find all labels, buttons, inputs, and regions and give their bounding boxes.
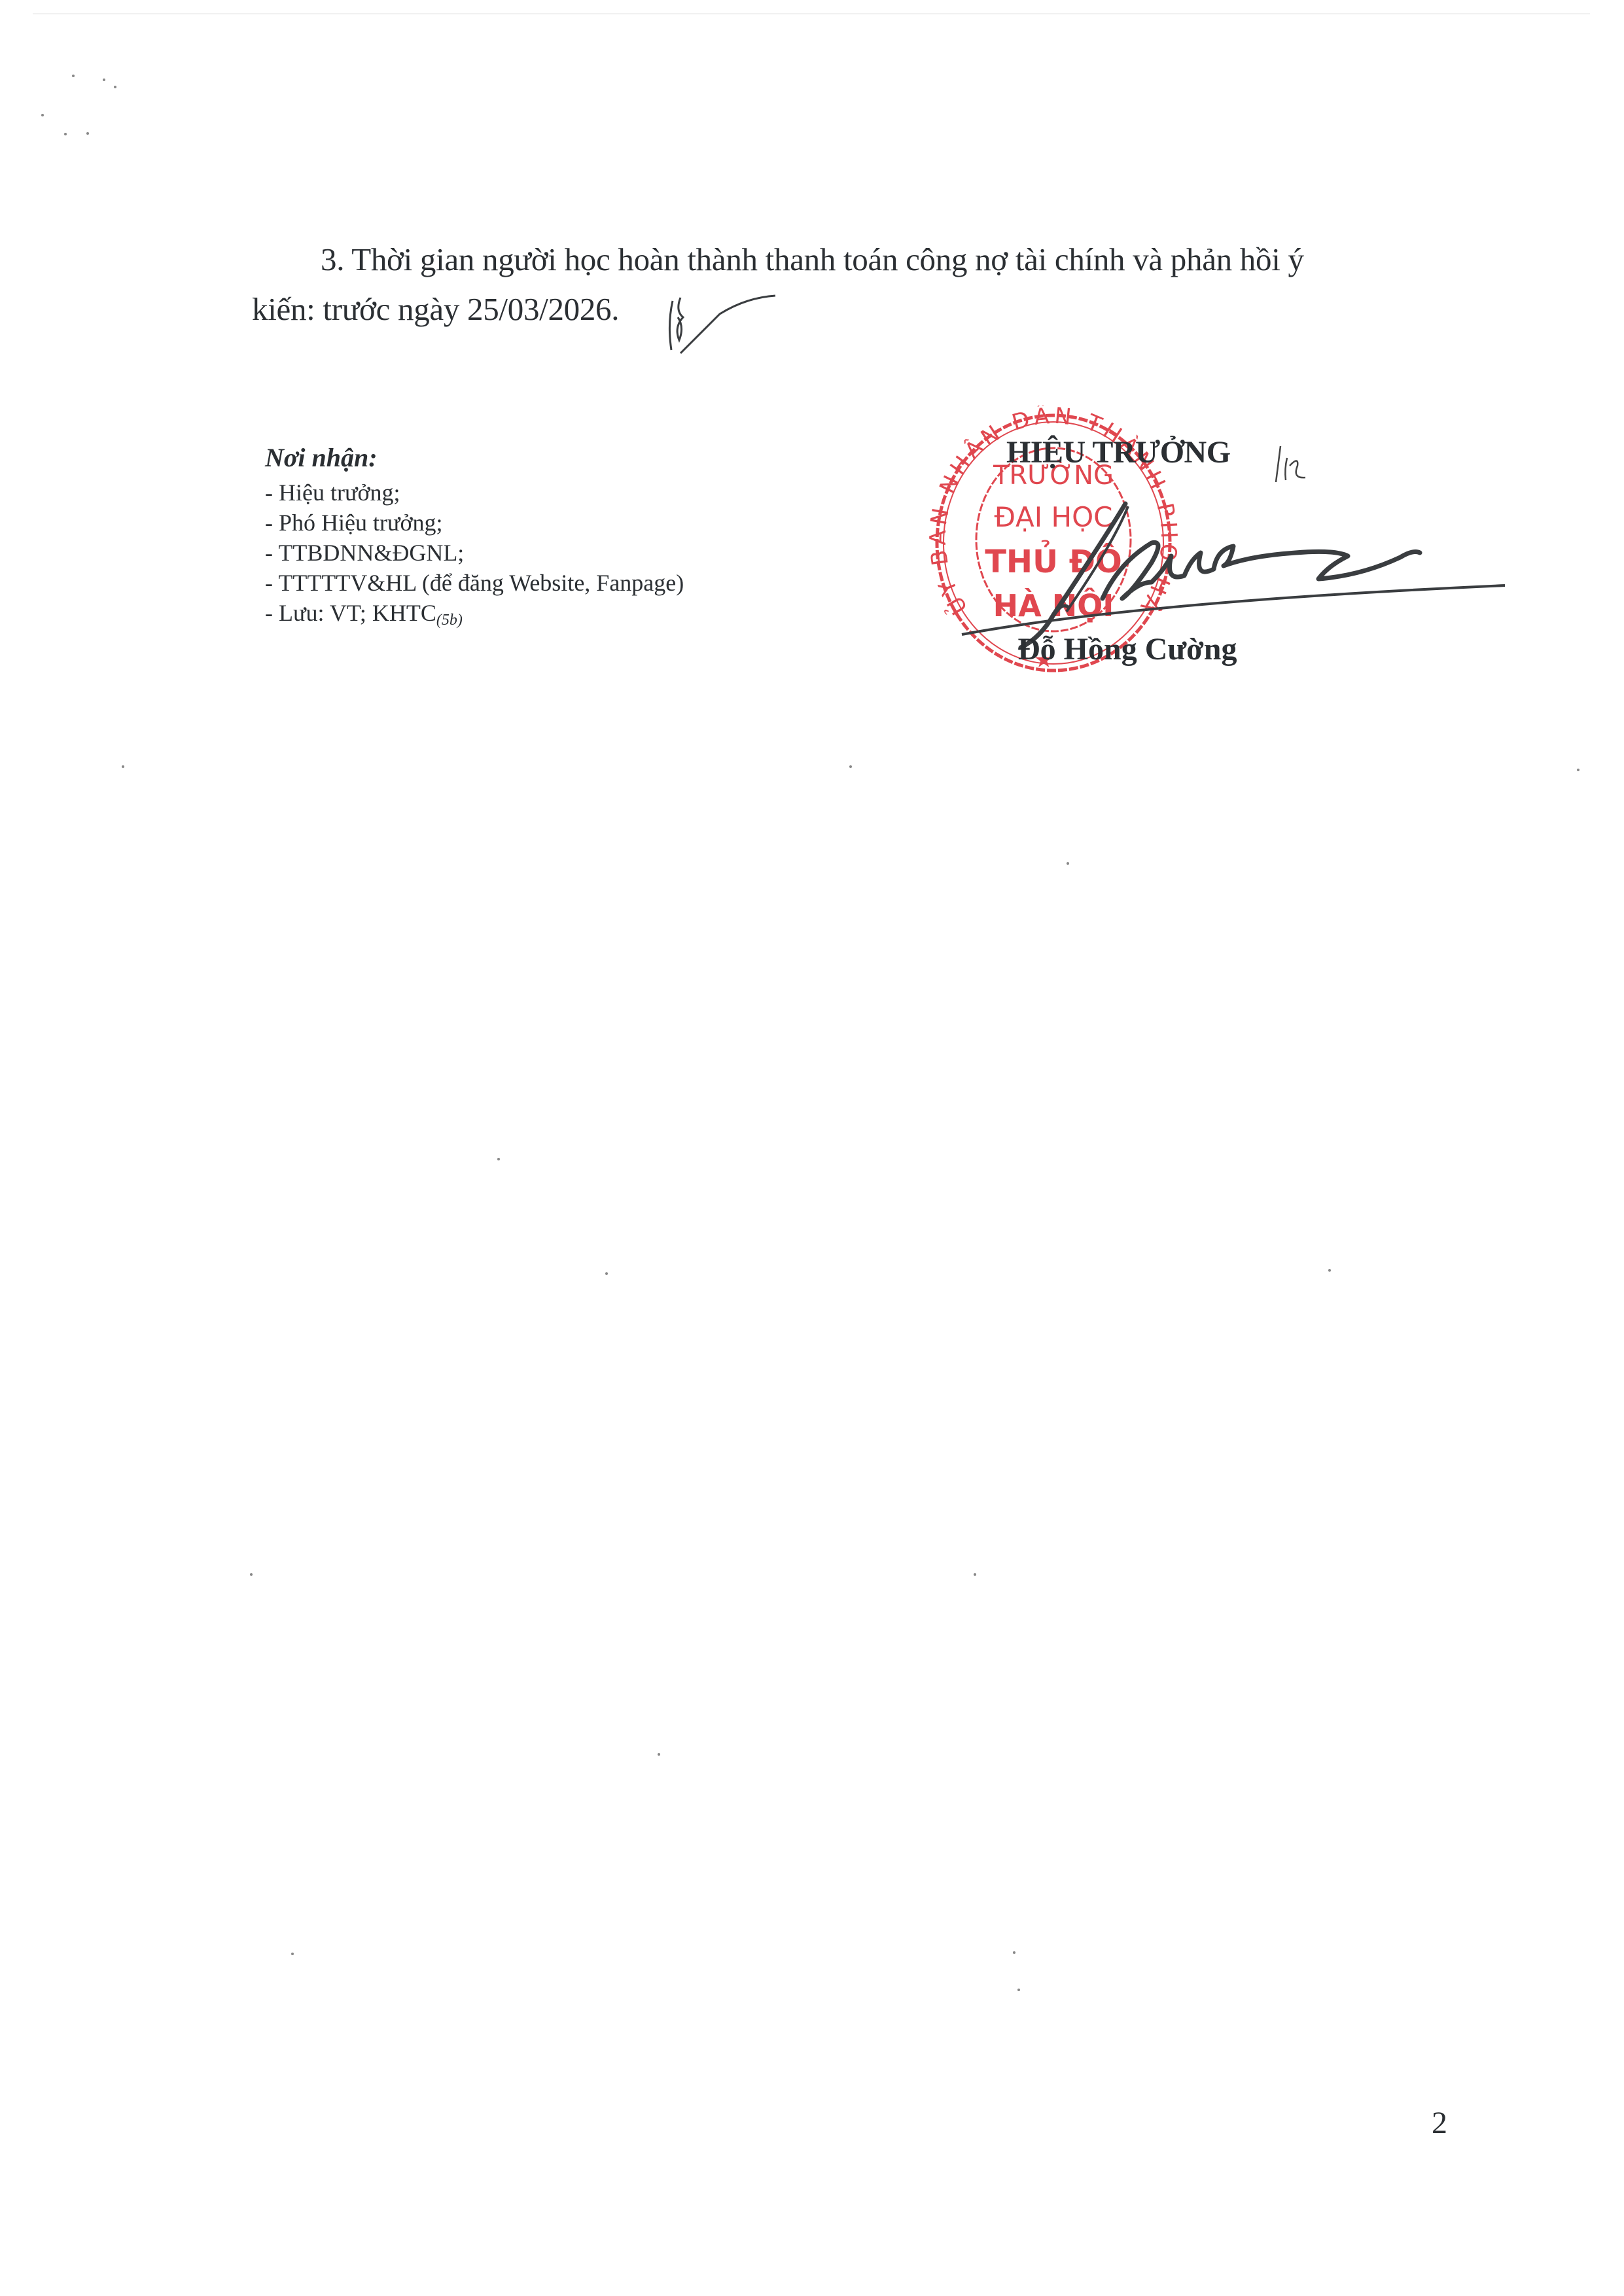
scan-speck — [114, 86, 116, 88]
recipient-copies-count: (5b) — [436, 612, 463, 629]
scan-speck — [103, 78, 105, 81]
scan-speck — [1067, 862, 1069, 865]
signer-name: Đỗ Hồng Cường — [1017, 631, 1237, 667]
recipient-item: - Hiệu trưởng; — [265, 478, 684, 508]
scan-speck — [1328, 1269, 1331, 1272]
recipients-title: Nơi nhận: — [265, 445, 684, 471]
recipient-item: - Phó Hiệu trưởng; — [265, 508, 684, 538]
handwritten-initials-icon — [1273, 440, 1312, 485]
signer-title: HIỆU TRƯỞNG — [1006, 434, 1231, 470]
scan-speck — [1013, 1951, 1015, 1954]
scan-speck — [1017, 1989, 1020, 1991]
recipient-item: - Lưu: VT; KHTC(5b) — [265, 598, 684, 635]
scan-speck — [72, 75, 75, 77]
scan-speck — [974, 1573, 976, 1576]
scan-edge-line — [33, 13, 1590, 14]
scan-speck — [605, 1272, 608, 1275]
document-page: 3. Thời gian người học hoàn thành thanh … — [0, 0, 1624, 2296]
scan-speck — [86, 132, 89, 135]
recipient-item-text: - Lưu: VT; KHTC — [265, 600, 436, 626]
paragraph-3-line-1: 3. Thời gian người học hoàn thành thanh … — [321, 243, 1304, 275]
scan-speck — [497, 1158, 500, 1160]
recipient-item: - TTTTTV&HL (để đăng Website, Fanpage) — [265, 568, 684, 598]
page-number: 2 — [1432, 2105, 1447, 2141]
recipients-block: Nơi nhận: - Hiệu trưởng; - Phó Hiệu trưở… — [265, 445, 684, 635]
scan-speck — [64, 133, 67, 135]
scan-speck — [291, 1953, 294, 1955]
scan-speck — [658, 1753, 660, 1756]
scan-speck — [849, 765, 852, 768]
scan-speck — [41, 114, 44, 116]
handwritten-signature — [942, 484, 1511, 654]
handwritten-initials-icon — [661, 288, 779, 360]
recipient-item: - TTBDNN&ĐGNL; — [265, 538, 684, 568]
scan-speck — [122, 765, 124, 768]
scan-speck — [1577, 769, 1580, 771]
paragraph-3-line-2: kiến: trước ngày 25/03/2026. — [252, 293, 619, 325]
scan-speck — [250, 1573, 253, 1576]
